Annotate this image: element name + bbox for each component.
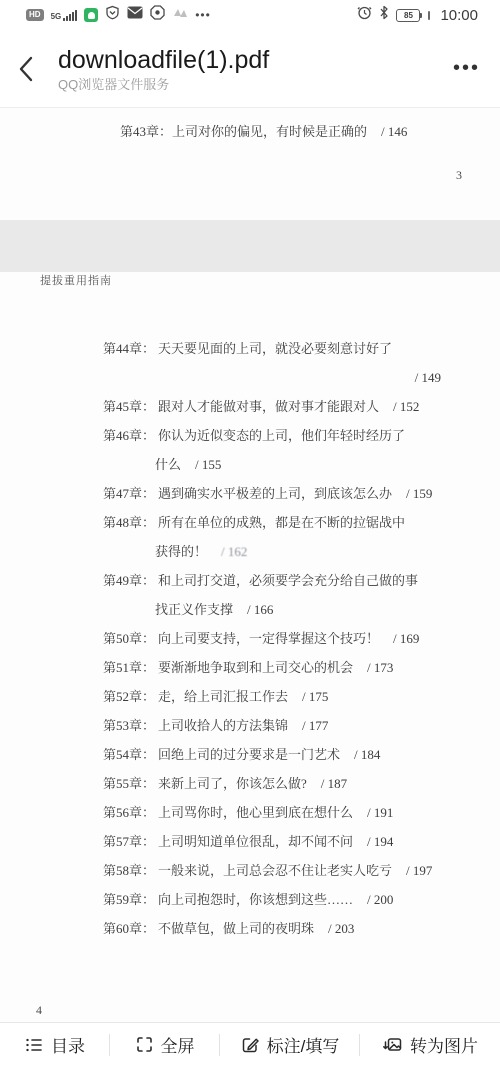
elephant-app-icon — [84, 8, 98, 22]
fullscreen-icon — [135, 1035, 154, 1054]
toc-chapter-label: 第53章： — [103, 718, 155, 733]
toc-item: 第49章：和上司打交道，必须要学会充分给自己做的事找正义作支撑/ 166 — [103, 566, 445, 624]
pdf-viewer[interactable]: 第43章：上司对你的偏见，有时候是正确的/ 146 3 提拔重用指南 第44章：… — [0, 108, 500, 1022]
toc-page-ref: / 194 — [367, 834, 393, 849]
hd-icon: HD — [26, 9, 44, 21]
toc-page-ref: / 187 — [321, 776, 347, 791]
toc-button[interactable]: 目录 — [0, 1023, 109, 1066]
toc-line: 第51章：要渐渐地争取到和上司交心的机会/ 173 — [103, 653, 445, 682]
faded-notification-icon — [172, 6, 188, 24]
toc-chapter-title: 找正义作支撑 — [155, 602, 233, 617]
toc-chapter-label: 第60章： — [103, 921, 155, 936]
toc-chapter-title: 来新上司了，你该怎么做? — [158, 776, 307, 791]
toc-line: 什么/ 155 — [103, 450, 445, 479]
toc-chapter-title: 上司骂你时，他心里到底在想什么 — [158, 805, 353, 820]
toc-chapter-label: 第45章： — [103, 399, 155, 414]
toc-chapter-title: 向上司抱怨时，你该想到这些…… — [158, 892, 353, 907]
toc-page-ref: / 175 — [302, 689, 328, 704]
toc-chapter-label: 第50章： — [103, 631, 155, 646]
toc-line: 第60章：不做草包，做上司的夜明珠/ 203 — [103, 914, 445, 943]
battery-icon: 85 — [396, 9, 420, 22]
toc-item: 第48章：所有在单位的成熟，都是在不断的拉锯战中获得的！/ 162 — [103, 508, 445, 566]
page-number: 3 — [456, 168, 462, 183]
battery-charge-mark-icon — [428, 11, 430, 20]
fullscreen-button-label: 全屏 — [161, 1032, 195, 1057]
toc-list-icon — [24, 1035, 44, 1055]
fullscreen-button[interactable]: 全屏 — [110, 1023, 219, 1066]
toc-item: 第54章：回绝上司的过分要求是一门艺术/ 184 — [103, 740, 445, 769]
toc-chapter-label: 第55章： — [103, 776, 155, 791]
toc-line: 第53章：上司收拾人的方法集锦/ 177 — [103, 711, 445, 740]
toc-item: 第46章：你认为近似变态的上司，他们年轻时经历了什么/ 155 — [103, 421, 445, 479]
battery-level: 85 — [404, 11, 413, 20]
toc-chapter-title: 所有在单位的成熟，都是在不断的拉锯战中 — [158, 515, 405, 530]
toc-chapter-label: 第46章： — [103, 428, 155, 443]
toc-item: 第55章：来新上司了，你该怎么做?/ 187 — [103, 769, 445, 798]
document-subtitle: QQ浏览器文件服务 — [58, 76, 440, 93]
toc-chapter-label: 第43章： — [120, 124, 172, 139]
toc-item: 第53章：上司收拾人的方法集锦/ 177 — [103, 711, 445, 740]
toc-line: 第58章：一般来说，上司总会忍不住让老实人吃亏/ 197 — [103, 856, 445, 885]
toc-chapter-label: 第51章： — [103, 660, 155, 675]
toc-page-ref: / 146 — [381, 124, 407, 139]
toc-page-ref: / 152 — [393, 399, 419, 414]
toc-item: 第56章：上司骂你时，他心里到底在想什么/ 191 — [103, 798, 445, 827]
clock-time: 10:00 — [440, 7, 478, 24]
annotate-button[interactable]: 标注/填写 — [220, 1023, 359, 1066]
shield-notification-icon — [105, 5, 120, 25]
toc-page-ref: / 184 — [354, 747, 380, 762]
toc-item: 第51章：要渐渐地争取到和上司交心的机会/ 173 — [103, 653, 445, 682]
toc-list: 第44章：天天要见面的上司，就没必要刻意讨好了/ 149第45章：跟对人才能做对… — [103, 334, 445, 943]
document-title-block: downloadfile(1).pdf QQ浏览器文件服务 — [52, 45, 440, 93]
toc-line: 找正义作支撑/ 166 — [103, 595, 445, 624]
toc-chapter-title: 回绝上司的过分要求是一门艺术 — [158, 747, 340, 762]
toc-chapter-title: 和上司打交道，必须要学会充分给自己做的事 — [158, 573, 418, 588]
toc-chapter-title: 跟对人才能做对事，做对事才能跟对人 — [158, 399, 379, 414]
convert-to-image-button-label: 转为图片 — [410, 1032, 478, 1057]
toc-item: 第50章：向上司要支持，一定得掌握这个技巧！/ 169 — [103, 624, 445, 653]
toc-line: 第44章：天天要见面的上司，就没必要刻意讨好了 — [103, 334, 445, 363]
convert-to-image-button[interactable]: 转为图片 — [360, 1023, 500, 1066]
toc-line: 第59章：向上司抱怨时，你该想到这些……/ 200 — [103, 885, 445, 914]
toc-chapter-title: 上司收拾人的方法集锦 — [158, 718, 288, 733]
convert-to-image-icon — [382, 1035, 403, 1055]
toc-chapter-label: 第47章： — [103, 486, 155, 501]
toc-item: 第59章：向上司抱怨时，你该想到这些……/ 200 — [103, 885, 445, 914]
app-header: downloadfile(1).pdf QQ浏览器文件服务 ••• — [0, 30, 500, 108]
toc-line: 第46章：你认为近似变态的上司，他们年轻时经历了 — [103, 421, 445, 450]
page-separator — [0, 220, 500, 227]
toc-line: 第49章：和上司打交道，必须要学会充分给自己做的事 — [103, 566, 445, 595]
toc-chapter-title: 天天要见面的上司，就没必要刻意讨好了 — [158, 341, 392, 356]
signal-strength-icon: 5G — [51, 10, 78, 21]
annotate-button-label: 标注/填写 — [267, 1032, 340, 1057]
toc-line: 获得的！/ 162 — [103, 537, 445, 566]
page-number: 4 — [36, 1003, 42, 1018]
more-notifications-icon: ••• — [195, 10, 211, 20]
status-bar: HD 5G ••• 85 10:00 — [0, 0, 500, 30]
octagon-app-icon — [150, 5, 165, 25]
toc-item: 第47章：遇到确实水平极差的上司，到底该怎么办/ 159 — [103, 479, 445, 508]
toc-page-ref: / 173 — [367, 660, 393, 675]
more-menu-button[interactable]: ••• — [440, 49, 480, 89]
annotate-pencil-icon — [240, 1035, 260, 1055]
running-head: 提拔重用指南 — [40, 272, 500, 288]
toc-line: / 149 — [103, 363, 445, 392]
toc-line: 第48章：所有在单位的成熟，都是在不断的拉锯战中 — [103, 508, 445, 537]
toc-page-ref: / 200 — [367, 892, 393, 907]
toc-chapter-label: 第54章： — [103, 747, 155, 762]
toc-page-ref: / 191 — [367, 805, 393, 820]
toc-chapter-title: 获得的！ — [155, 544, 207, 559]
toc-line: 第52章：走，给上司汇报工作去/ 175 — [103, 682, 445, 711]
back-chevron-icon — [18, 56, 33, 82]
alarm-clock-icon — [357, 5, 372, 25]
toc-chapter-title: 什么 — [155, 457, 181, 472]
toc-chapter-label: 第56章： — [103, 805, 155, 820]
toc-line: 第56章：上司骂你时，他心里到底在想什么/ 191 — [103, 798, 445, 827]
toc-page-ref: / 197 — [406, 863, 432, 878]
toc-line: 第55章：来新上司了，你该怎么做?/ 187 — [103, 769, 445, 798]
toc-chapter-label: 第49章： — [103, 573, 155, 588]
bluetooth-icon — [379, 5, 389, 25]
toc-chapter-title: 走，给上司汇报工作去 — [158, 689, 288, 704]
toc-chapter-title: 上司明知道单位很乱，却不闻不问 — [158, 834, 353, 849]
toc-chapter-label: 第59章： — [103, 892, 155, 907]
toc-line: 第45章：跟对人才能做对事，做对事才能跟对人/ 152 — [103, 392, 445, 421]
toc-line: 第47章：遇到确实水平极差的上司，到底该怎么办/ 159 — [103, 479, 445, 508]
toc-button-label: 目录 — [51, 1032, 85, 1057]
toc-chapter-label: 第48章： — [103, 515, 155, 530]
toc-page-ref: / 177 — [302, 718, 328, 733]
toc-chapter-title: 向上司要支持，一定得掌握这个技巧！ — [158, 631, 379, 646]
toc-item: 第57章：上司明知道单位很乱，却不闻不问/ 194 — [103, 827, 445, 856]
bottom-toolbar: 目录 全屏 标注/填写 转为图片 — [0, 1022, 500, 1066]
toc-chapter-title: 要渐渐地争取到和上司交心的机会 — [158, 660, 353, 675]
toc-chapter-label: 第52章： — [103, 689, 155, 704]
toc-line: 第50章：向上司要支持，一定得掌握这个技巧！/ 169 — [103, 624, 445, 653]
toc-entry-43: 第43章：上司对你的偏见，有时候是正确的/ 146 — [0, 108, 500, 141]
back-button[interactable] — [18, 49, 52, 89]
toc-chapter-title: 一般来说，上司总会忍不住让老实人吃亏 — [158, 863, 392, 878]
pdf-page-4: 提拔重用指南 第44章：天天要见面的上司，就没必要刻意讨好了/ 149第45章：… — [0, 272, 500, 1022]
toc-chapter-label: 第58章： — [103, 863, 155, 878]
toc-chapter-title: 遇到确实水平极差的上司，到底该怎么办 — [158, 486, 392, 501]
document-title: downloadfile(1).pdf — [58, 45, 440, 75]
toc-page-ref: / 203 — [328, 921, 354, 936]
toc-page-ref: / 166 — [247, 602, 273, 617]
toc-item: 第44章：天天要见面的上司，就没必要刻意讨好了/ 149 — [103, 334, 445, 392]
mail-icon — [127, 6, 143, 24]
toc-item: 第52章：走，给上司汇报工作去/ 175 — [103, 682, 445, 711]
toc-chapter-title: 上司对你的偏见，有时候是正确的 — [172, 124, 367, 139]
toc-item: 第58章：一般来说，上司总会忍不住让老实人吃亏/ 197 — [103, 856, 445, 885]
network-type-label: 5G — [51, 13, 62, 21]
toc-chapter-label: 第44章： — [103, 341, 155, 356]
toc-page-ref: / 149 — [415, 370, 441, 385]
toc-line: 第54章：回绝上司的过分要求是一门艺术/ 184 — [103, 740, 445, 769]
toc-item: 第45章：跟对人才能做对事，做对事才能跟对人/ 152 — [103, 392, 445, 421]
toc-page-ref: / 162 — [221, 544, 247, 559]
toc-chapter-title: 不做草包，做上司的夜明珠 — [158, 921, 314, 936]
toc-page-ref: / 155 — [195, 457, 221, 472]
pdf-page-3: 第43章：上司对你的偏见，有时候是正确的/ 146 3 — [0, 108, 500, 220]
toc-item: 第60章：不做草包，做上司的夜明珠/ 203 — [103, 914, 445, 943]
toc-page-ref: / 159 — [406, 486, 432, 501]
toc-chapter-title: 你认为近似变态的上司，他们年轻时经历了 — [158, 428, 405, 443]
toc-chapter-label: 第57章： — [103, 834, 155, 849]
toc-page-ref: / 169 — [393, 631, 419, 646]
toc-line: 第57章：上司明知道单位很乱，却不闻不问/ 194 — [103, 827, 445, 856]
